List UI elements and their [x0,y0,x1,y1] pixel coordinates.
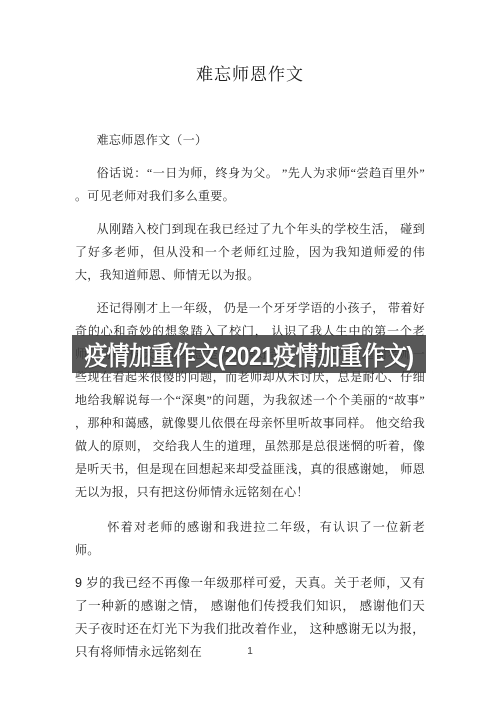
page-title: 难忘师恩作文 [75,65,425,85]
watermark-banner: 疫情加重作文(2021疫情加重作文) [72,335,426,373]
paragraph-school-years: 从刚踏入校门到现在我已经过了九个年头的学校生活， 碰到了好多老师，但从没和一个老… [75,218,425,287]
watermark-banner-text: 疫情加重作文(2021疫情加重作文) [85,336,414,373]
paragraph-first-grade: 还记得刚才上一年级， 仍是一个牙牙学语的小孩子， 带着好奇的心和奇妙的想象踏入了… [75,297,425,504]
paragraph-heading-one: 难忘师恩作文（一） [75,129,425,152]
document-page: 难忘师恩作文 难忘师恩作文（一） 俗话说：“一日为师，终身为父。 ”先人为求师“… [0,0,500,707]
page-number: 1 [0,646,500,657]
paragraph-proverb: 俗话说：“一日为师，终身为父。 ”先人为求师“尝趋百里外” 。可见老师对我们多么… [75,162,425,208]
paragraph-second-grade: 怀着对老师的感谢和我进拉二年级，有认识了一位新老师。 [75,516,425,562]
